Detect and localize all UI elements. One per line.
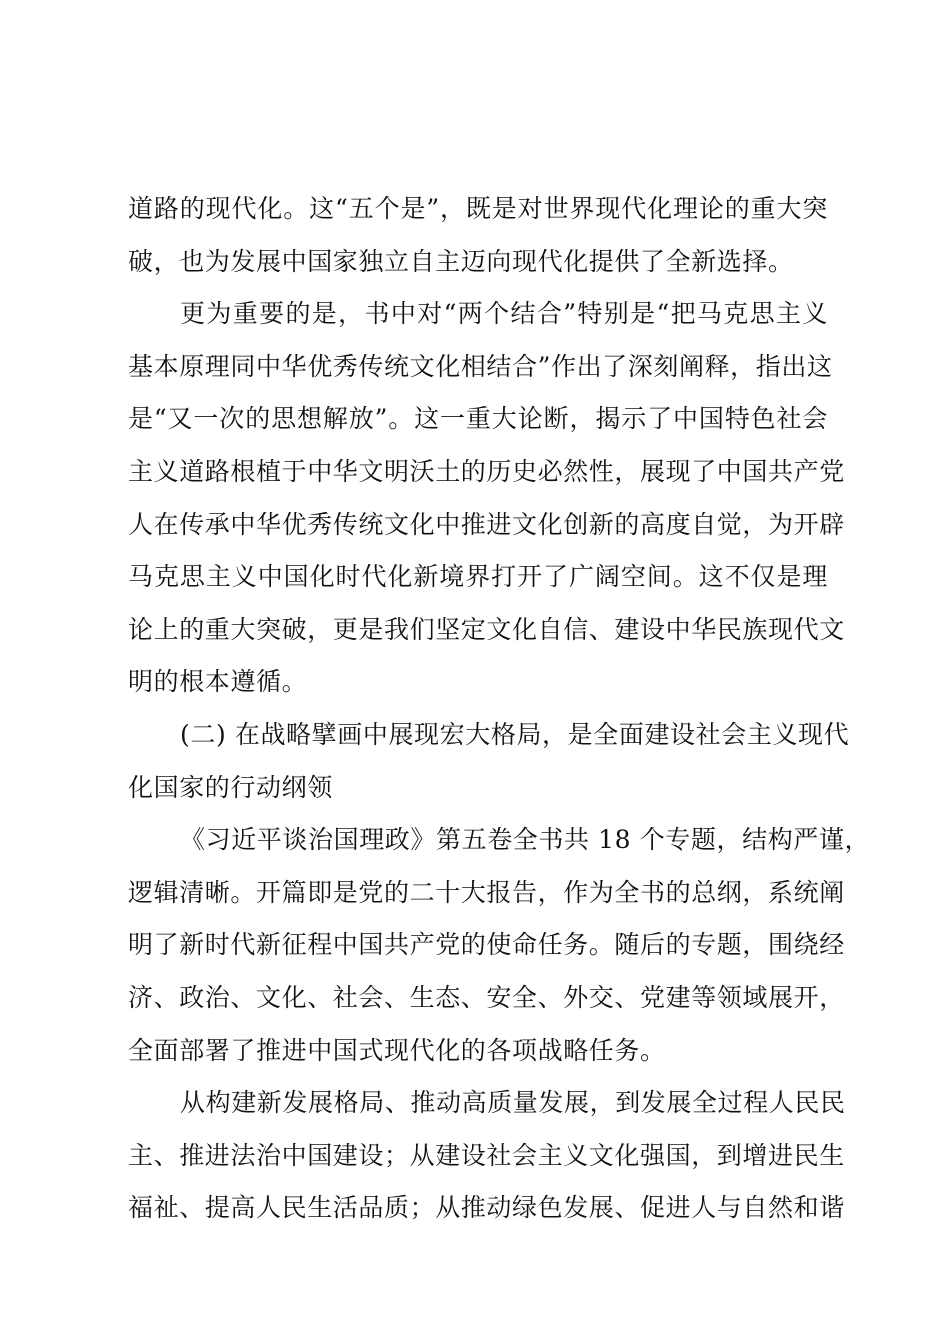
text-line: 主义道路根植于中华文明沃土的历史必然性，展现了中国共产党 bbox=[128, 446, 828, 499]
text-line: 破，也为发展中国家独立自主迈向现代化提供了全新选择。 bbox=[128, 236, 828, 289]
text-line: 逻辑清晰。开篇即是党的二十大报告，作为全书的总纲，系统阐 bbox=[128, 867, 828, 920]
text-line: 福祉、提高人民生活品质；从推动绿色发展、促进人与自然和谐 bbox=[128, 1182, 828, 1235]
text-line: 人在传承中华优秀传统文化中推进文化创新的高度自觉，为开辟 bbox=[128, 499, 828, 552]
text-line: 基本原理同中华优秀传统文化相结合”作出了深刻阐释，指出这 bbox=[128, 341, 828, 394]
text-line: 全面部署了推进中国式现代化的各项战略任务。 bbox=[128, 1025, 828, 1078]
text-line: 《习近平谈治国理政》第五卷全书共 18 个专题，结构严谨， bbox=[128, 814, 828, 867]
text-line: 马克思主义中国化时代化新境界打开了广阔空间。这不仅是理 bbox=[128, 551, 828, 604]
text-line: 是“又一次的思想解放”。这一重大论断，揭示了中国特色社会 bbox=[128, 393, 828, 446]
text-line: 济、政治、文化、社会、生态、安全、外交、党建等领域展开， bbox=[128, 972, 828, 1025]
text-line: 主、推进法治中国建设；从建设社会主义文化强国，到增进民生 bbox=[128, 1130, 828, 1183]
document-page: 道路的现代化。这“五个是”，既是对世界现代化理论的重大突 破，也为发展中国家独立… bbox=[128, 183, 828, 1235]
text-line: 从构建新发展格局、推动高质量发展，到发展全过程人民民 bbox=[128, 1077, 828, 1130]
section-heading-line: (二) 在战略擘画中展现宏大格局，是全面建设社会主义现代 bbox=[128, 709, 828, 762]
text-line: 明的根本遵循。 bbox=[128, 656, 828, 709]
section-heading-line: 化国家的行动纲领 bbox=[128, 762, 828, 815]
text-line: 更为重要的是，书中对“两个结合”特别是“把马克思主义 bbox=[128, 288, 828, 341]
text-line: 论上的重大突破，更是我们坚定文化自信、建设中华民族现代文 bbox=[128, 604, 828, 657]
text-line: 明了新时代新征程中国共产党的使命任务。随后的专题，围绕经 bbox=[128, 919, 828, 972]
text-line: 道路的现代化。这“五个是”，既是对世界现代化理论的重大突 bbox=[128, 183, 828, 236]
